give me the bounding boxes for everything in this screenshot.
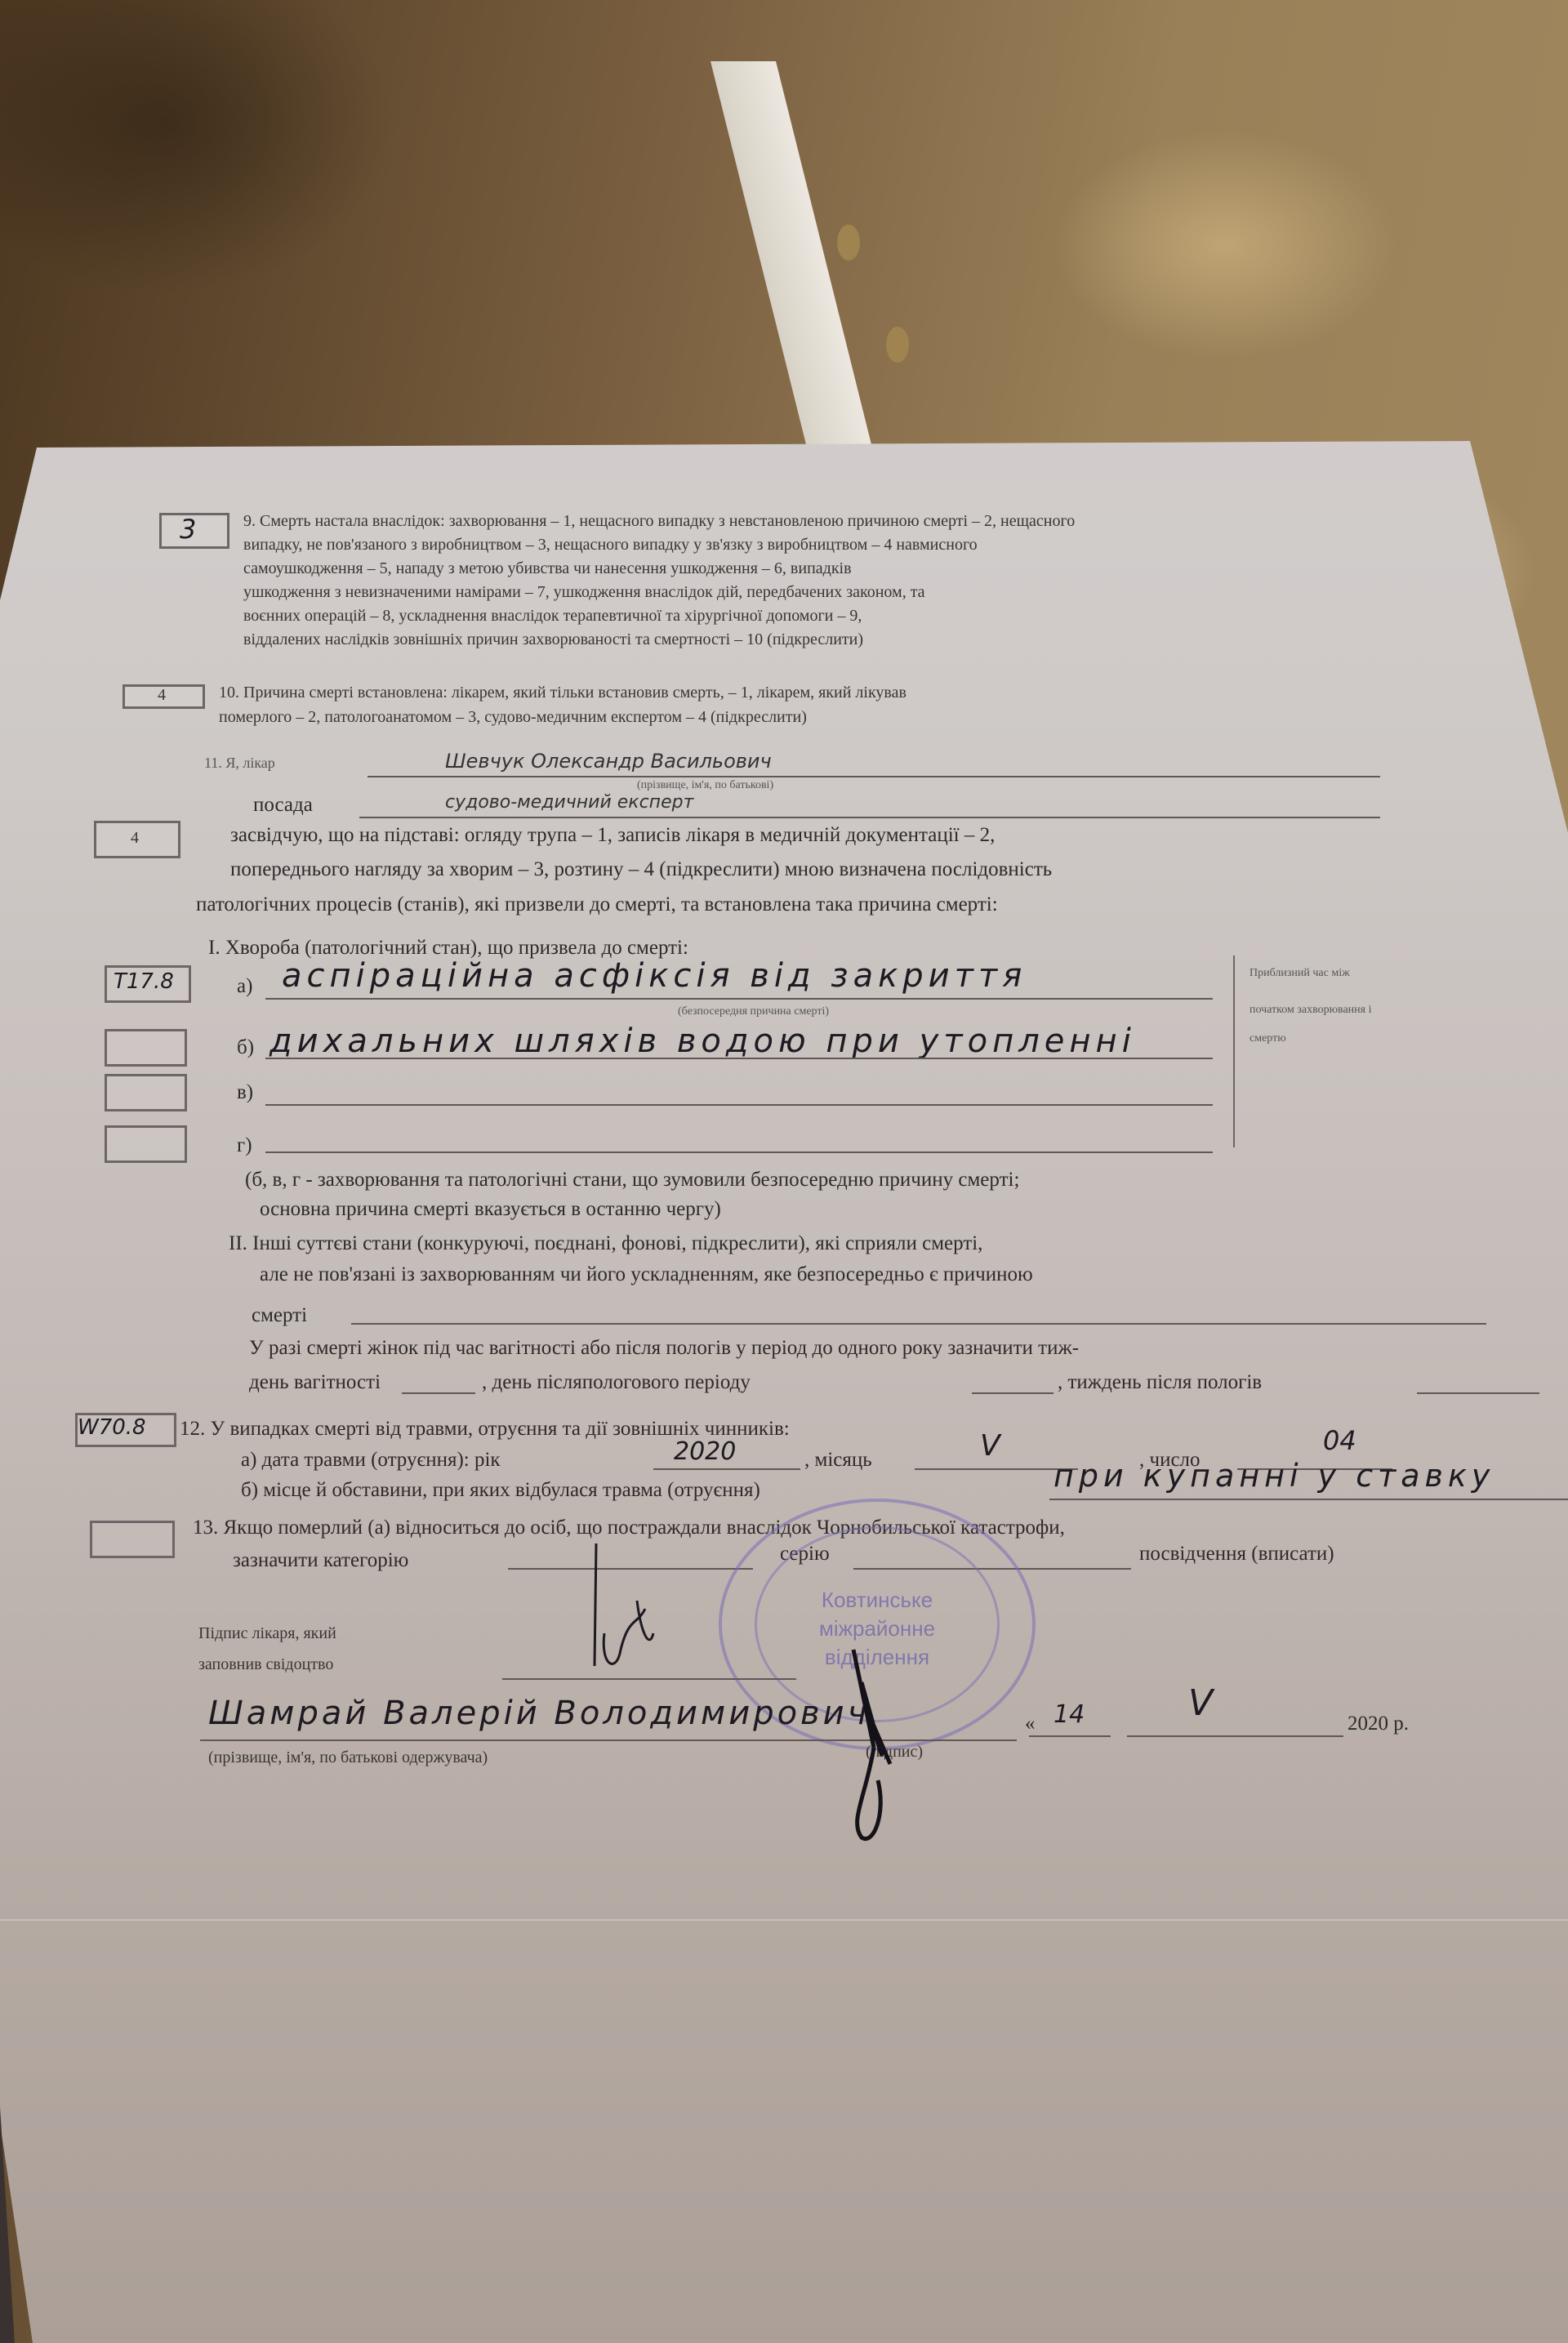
section1-heading: I. Хвороба (патологічний стан), що призв… <box>208 938 688 958</box>
cause-c-code-box[interactable] <box>105 1074 187 1111</box>
item10-code-box[interactable]: 4 <box>122 684 205 709</box>
cause-b-letter: б) <box>237 1037 254 1058</box>
cause-b-line <box>265 1058 1213 1059</box>
certify-line: патологічних процесів (станів), які приз… <box>196 894 998 915</box>
item13-category-label: зазначити категорію <box>233 1550 408 1570</box>
date-month-value[interactable]: V <box>1188 1682 1213 1724</box>
trauma-place-line <box>1049 1499 1568 1500</box>
recipient-name-value[interactable]: Шамрай Валерій Володимирович <box>208 1695 870 1732</box>
recipient-caption: (прізвище, ім'я, по батькові одержувача) <box>208 1749 488 1766</box>
side-note-line: початком захворювання і <box>1249 1004 1372 1016</box>
side-note-line: смертю <box>1249 1033 1286 1045</box>
item9-line: воєнних операцій – 8, ускладнення внаслі… <box>243 608 862 624</box>
trauma-month-label: , місяць <box>804 1450 872 1470</box>
item12-code-value: W70.8 <box>78 1415 146 1440</box>
cause-a-line <box>265 998 1213 1000</box>
item9-line: 9. Смерть настала внаслідок: захворюванн… <box>243 513 1075 529</box>
doctor-signature-scribble <box>572 1535 670 1674</box>
side-note-line: Приблизний час між <box>1249 968 1350 979</box>
position-value[interactable]: судово-медичний експерт <box>445 792 693 813</box>
position-line <box>359 817 1380 818</box>
trauma-date-label: а) дата травми (отруєння): рік <box>241 1450 501 1470</box>
pregnancy-week-label: день вагітності <box>249 1372 381 1392</box>
cause-b-code-box[interactable] <box>105 1029 187 1067</box>
item13-code-box[interactable] <box>90 1521 175 1558</box>
section2-last-line[interactable] <box>351 1323 1486 1325</box>
paper-fold <box>0 1919 1568 1921</box>
date-day-line <box>1029 1735 1111 1737</box>
trauma-month-value[interactable]: V <box>980 1429 1000 1463</box>
doctor-name-line <box>367 776 1380 777</box>
sleeve-hole <box>886 327 909 363</box>
cause-a-caption: (безпосередня причина смерті) <box>678 1006 829 1018</box>
signature-label: Підпис лікаря, який <box>198 1625 336 1641</box>
item9-line: ушкодження з невизначеними намірами – 7,… <box>243 584 925 600</box>
item12-heading: 12. У випадках смерті від травми, отруєн… <box>180 1419 790 1439</box>
item9-line: випадку, не пов'язаного з виробництвом –… <box>243 537 978 553</box>
signature-label: заповнив свідоцтво <box>198 1656 333 1673</box>
cause-d-line[interactable] <box>265 1151 1213 1153</box>
sleeve-hole <box>837 225 860 261</box>
cause-c-letter: в) <box>237 1082 253 1102</box>
date-open-quote: « <box>1025 1713 1036 1734</box>
certify-line: попереднього нагляду за хворим – 3, розт… <box>230 859 1052 880</box>
recipient-signature-scribble <box>817 1633 931 1846</box>
cause-a-value[interactable]: аспіраційна асфіксія від закриття <box>282 957 1027 995</box>
cause-b-value[interactable]: дихальних шляхів водою при утопленні <box>269 1022 1136 1060</box>
cause-a-code-box[interactable]: T17.8 <box>105 965 191 1003</box>
item9-line: віддалених наслідків зовнішніх причин за… <box>243 631 863 648</box>
doctor-name-value[interactable]: Шевчук Олександр Васильович <box>445 750 772 773</box>
section1-note: (б, в, г - захворювання та патологічні с… <box>245 1169 1019 1190</box>
item12-code-box[interactable]: W70.8 <box>75 1413 176 1447</box>
date-day-value[interactable]: 14 <box>1053 1700 1085 1729</box>
cause-d-code-box[interactable] <box>105 1125 187 1163</box>
shadow-corner <box>0 2107 15 2343</box>
doctor-signature-line[interactable] <box>502 1678 796 1680</box>
section2-last-label: смерті <box>252 1305 307 1325</box>
item9-code-box[interactable]: 3 <box>159 513 229 549</box>
section2-line: II. Інші суттєві стани (конкуруючі, поєд… <box>229 1233 982 1254</box>
item10-code-value: 4 <box>158 687 166 703</box>
trauma-day-value[interactable]: 04 <box>1323 1425 1356 1456</box>
cause-c-line[interactable] <box>265 1104 1213 1106</box>
cause-a-code-value: T17.8 <box>114 969 174 994</box>
pregnancy-postpartum-label: , день післяпологового періоду <box>482 1372 751 1392</box>
side-column-divider <box>1233 955 1235 1147</box>
pregnancy-week-line[interactable] <box>402 1392 475 1394</box>
position-label: посада <box>253 795 313 815</box>
certify-code-value: 4 <box>131 830 139 846</box>
certify-code-box[interactable]: 4 <box>94 821 180 858</box>
section1-note: основна причина смерті вказується в оста… <box>260 1199 721 1219</box>
date-month-line <box>1127 1735 1343 1737</box>
pregnancy-week-after-line[interactable] <box>1417 1392 1539 1394</box>
item9-line: самоушкодження – 5, нападу з метою убивс… <box>243 560 852 577</box>
section2-line: але не пов'язані із захворюванням чи йог… <box>260 1264 1033 1285</box>
doctor-name-caption: (прізвище, ім'я, по батькові) <box>637 780 773 791</box>
trauma-year-line <box>653 1468 800 1470</box>
date-year-suffix: 2020 р. <box>1347 1713 1409 1734</box>
item10-line: 10. Причина смерті встановлена: лікарем,… <box>219 684 906 701</box>
cause-d-letter: г) <box>237 1135 252 1156</box>
item10-line: померлого – 2, патологоанатомом – 3, суд… <box>219 709 807 725</box>
cause-a-letter: а) <box>237 976 252 996</box>
trauma-place-value[interactable]: при купанні у ставку <box>1053 1458 1494 1494</box>
pregnancy-week-after-label: , тиждень після пологів <box>1058 1372 1262 1392</box>
pregnancy-postpartum-line[interactable] <box>972 1392 1053 1394</box>
item11-label: 11. Я, лікар <box>204 755 275 770</box>
trauma-place-label: б) місце й обставини, при яких відбулася… <box>241 1480 760 1500</box>
stamp-text: Ковтинське <box>722 1588 1032 1613</box>
certify-line: засвідчую, що на підставі: огляду трупа … <box>230 825 995 845</box>
item9-code-value: 3 <box>180 514 196 545</box>
item13-certificate-label: посвідчення (вписати) <box>1139 1543 1334 1564</box>
pregnancy-line: У разі смерті жінок під час вагітності а… <box>249 1338 1079 1358</box>
trauma-year-value[interactable]: 2020 <box>674 1437 736 1466</box>
